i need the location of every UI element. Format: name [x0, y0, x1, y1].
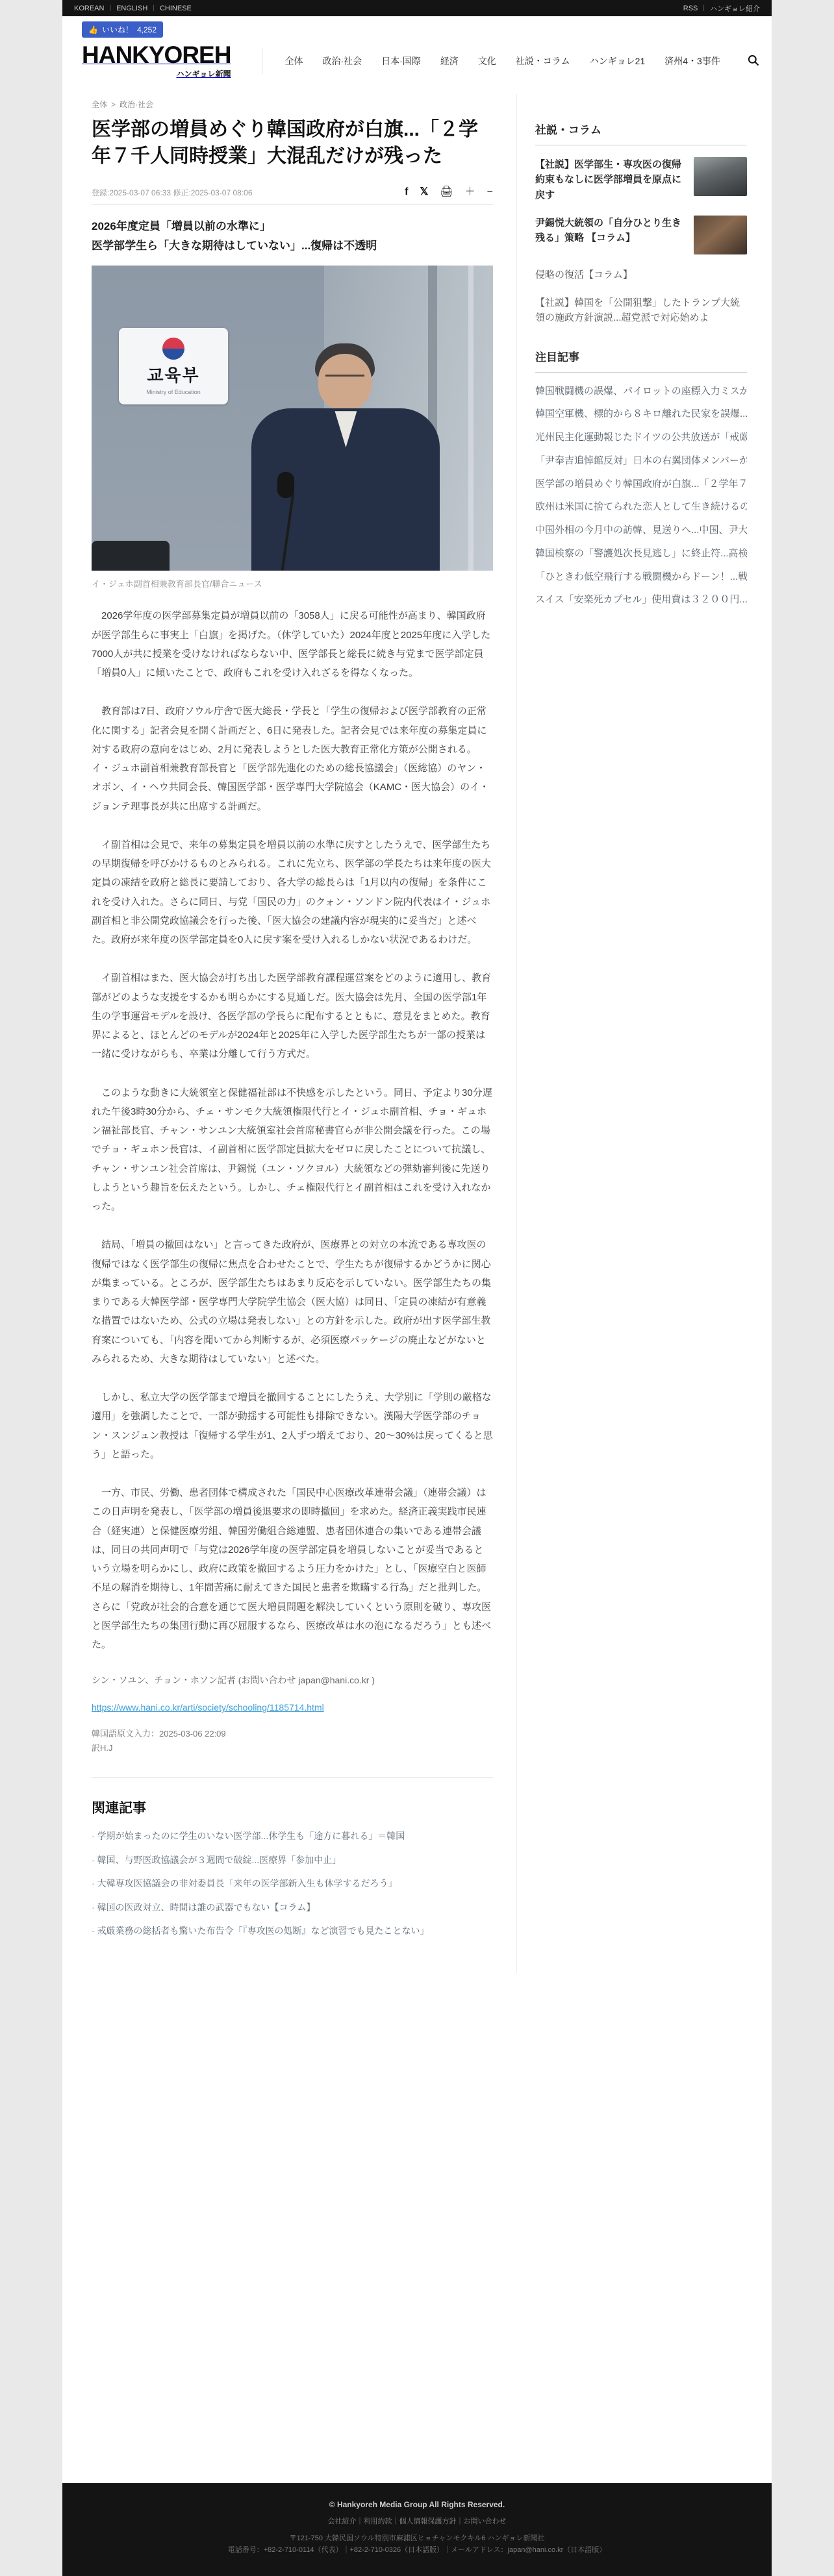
speaker-figure: [245, 343, 440, 571]
ministry-sign: 교육부 Ministry of Education: [119, 328, 228, 404]
font-larger-button[interactable]: ＋: [465, 187, 475, 197]
breadcrumb-all[interactable]: 全体: [92, 100, 107, 109]
editorial-item-thumbnail: [694, 216, 747, 254]
breadcrumb-separator: >: [111, 100, 116, 109]
sidebar-editorial-block: 社説・コラム 【社説】医学部生・専攻医の復帰約束もなしに医学部増員を原点に戻す …: [535, 121, 747, 326]
nav-item-jeju43[interactable]: 済州4・3事件: [664, 55, 720, 68]
site-logo[interactable]: HANKYOREH ハンギョレ新聞: [82, 43, 231, 79]
featured-article-link[interactable]: 「尹奉吉追悼館反対」日本の右翼団体メンバーが...: [535, 454, 747, 468]
about-hankyoreh-link[interactable]: ハンギョレ紹介: [710, 3, 760, 14]
article-title: 医学部の増員めぐり韓国政府が白旗...「２学年７千人同時授業」大混乱だけが残った: [92, 116, 493, 170]
font-smaller-button[interactable]: −: [487, 187, 493, 197]
main-nav: 全体 政治·社会 日本·国際 経済 文化 社説・コラム ハンギョレ21 済州4・…: [262, 47, 720, 75]
article-dates: 登録:2025-03-07 06:33 修正:2025-03-07 08:06: [92, 187, 253, 198]
like-count: 4,252: [137, 25, 157, 34]
divider: [92, 204, 493, 205]
nav-item-economy[interactable]: 経済: [440, 55, 459, 68]
modified-date: 修正:2025-03-07 08:06: [173, 188, 252, 197]
featured-article-link[interactable]: 中国外相の今月中の訪韓、見送りへ...中国、尹大...: [535, 523, 747, 538]
related-article-link[interactable]: 韓国の医政対立、時間は誰の武器でもない【コラム】: [92, 1900, 493, 1914]
thumbs-up-icon: 👍: [88, 25, 98, 34]
registered-date: 登録:2025-03-07 06:33: [92, 188, 171, 197]
featured-article-link[interactable]: 医学部の増員めぐり韓国政府が白旗...「２学年７...: [535, 477, 747, 491]
article-photo: 교육부 Ministry of Education: [92, 266, 493, 571]
paragraph: 結局、「増員の撤回はない」と言ってきた政府が、医療界との対立の本流である専攻医の…: [92, 1235, 493, 1368]
search-icon: [747, 54, 760, 67]
nav-item-japan-international[interactable]: 日本·国際: [381, 55, 421, 68]
subtitle-line1: 2026年度定員「増員以前の水準に」: [92, 217, 493, 236]
translator-credit: 訳H.J: [92, 1741, 493, 1755]
footer-contact: 電話番号：+82-2-710-0114（代表）｜+82-2-710-0326（日…: [75, 2544, 759, 2557]
plus-icon: ＋: [465, 186, 475, 197]
featured-article-link[interactable]: 韓国検察の「警護処次長見逃し」に終止符...高検...: [535, 547, 747, 561]
ministry-sign-english: Ministry of Education: [146, 389, 201, 395]
related-article-link[interactable]: 大韓専攻医協議会の非対委員長「来年の医学部新入生も休学するだろう」: [92, 1876, 493, 1890]
article-body: 2026学年度の医学部募集定員が増員以前の「3058人」に戻る可能性が高まり、韓…: [92, 606, 493, 1654]
page-canvas: KOREAN| ENGLISH| CHINESE RSS| ハンギョレ紹介 👍 …: [0, 0, 834, 2576]
paragraph: 教育部は7日、政府ソウル庁舎で医大総長・学長と「学生の復帰および医学部教育の正常…: [92, 702, 493, 816]
editorial-item-thumbnail: [694, 157, 747, 196]
photo-window-frame: [468, 266, 474, 571]
korea-government-emblem-icon: [162, 338, 184, 360]
print-button[interactable]: 🖨: [440, 187, 453, 197]
paragraph: イ副首相は会見で、来年の募集定員を増員以前の水準に戻すとしたうえで、医学部生たち…: [92, 836, 493, 950]
sidebar: 社説・コラム 【社説】医学部生・専攻医の復帰約束もなしに医学部増員を原点に戻す …: [516, 93, 747, 1973]
sidebar-featured-block: 注目記事 韓国戦闘機の誤爆、パイロットの座標入力ミスが... 韓国空軍機、標的か…: [535, 348, 747, 608]
featured-block-header: 注目記事: [535, 348, 747, 373]
editorial-item[interactable]: 【社説】韓国を「公開狙撃」したトランプ大統領の施政方針演説...超党派で対応始め…: [535, 295, 747, 326]
editorial-block-header: 社説・コラム: [535, 121, 747, 145]
divider: |: [153, 5, 155, 12]
editorial-item[interactable]: 侵略の復活【コラム】: [535, 267, 747, 282]
breadcrumb: 全体>政治·社会: [92, 99, 493, 110]
footer-copyright: © Hankyoreh Media Group All Rights Reser…: [75, 2500, 759, 2509]
ministry-sign-korean: 교육부: [147, 362, 199, 386]
nav-item-editorial-column[interactable]: 社説・コラム: [516, 55, 570, 68]
source-url-link[interactable]: https://www.hani.co.kr/arti/society/scho…: [92, 1702, 493, 1713]
paragraph: 一方、市民、労働、患者団体で構成された「国民中心医療改革連帯会議」（連帯会議）は…: [92, 1483, 493, 1654]
nav-item-hankyoreh21[interactable]: ハンギョレ21: [590, 55, 646, 68]
like-label: いいね！: [102, 24, 133, 35]
minus-icon: −: [487, 186, 493, 197]
nav-item-all[interactable]: 全体: [284, 55, 303, 68]
editorial-item[interactable]: 【社説】医学部生・専攻医の復帰約束もなしに医学部増員を原点に戻す: [535, 157, 747, 203]
logo-text-jp: ハンギョレ新聞: [82, 68, 231, 79]
related-article-link[interactable]: 韓国、与野医政協議会が３週間で破綻...医療界「参加中止」: [92, 1853, 493, 1867]
page-container: KOREAN| ENGLISH| CHINESE RSS| ハンギョレ紹介 👍 …: [62, 0, 772, 2576]
related-articles-header: 関連記事: [92, 1798, 493, 1817]
breadcrumb-section[interactable]: 政治·社会: [120, 100, 153, 109]
editorial-item-title: 尹錫悦大統領の「自分ひとり生き残る」策略 【コラム】: [535, 216, 685, 254]
x-twitter-icon: 𝕏: [420, 186, 428, 197]
editorial-item[interactable]: 尹錫悦大統領の「自分ひとり生き残る」策略 【コラム】: [535, 216, 747, 254]
paragraph: 2026学年度の医学部募集定員が増員以前の「3058人」に戻る可能性が高まり、韓…: [92, 606, 493, 682]
editorial-item-title: 【社説】医学部生・専攻医の復帰約束もなしに医学部増員を原点に戻す: [535, 157, 685, 203]
featured-article-link[interactable]: 欧州は米国に捨てられた恋人として生き続けるの...: [535, 500, 747, 514]
divider: |: [703, 5, 705, 12]
foreground-microphone: [92, 541, 170, 571]
footer-links[interactable]: 会社紹介｜利用約款｜個人情報保護方針｜お問い合わせ: [75, 2516, 759, 2526]
featured-article-link[interactable]: スイス「安楽死カプセル」使用費は３２００円...: [535, 593, 747, 607]
related-article-link[interactable]: 学期が始まったのに学生のいない医学部...休学生も「途方に暮れる」＝韓国: [92, 1829, 493, 1843]
divider: |: [109, 5, 111, 12]
paragraph: このような動きに大統領室と保健福祉部は不快感を示したという。同日、予定より30分…: [92, 1084, 493, 1217]
article-byline: シン・ソユン、チョン・ホソン記者 (お問い合わせ japan@hani.co.k…: [92, 1674, 493, 1687]
rss-link[interactable]: RSS: [683, 5, 698, 12]
article-subtitles: 2026年度定員「増員以前の水準に」 医学部学生ら「大きな期待はしていない」..…: [92, 217, 493, 256]
site-footer: © Hankyoreh Media Group All Rights Reser…: [62, 2483, 772, 2576]
featured-article-link[interactable]: 光州民主化運動報じたドイツの公共放送が「戒厳...: [535, 430, 747, 445]
share-x-button[interactable]: 𝕏: [420, 187, 428, 197]
facebook-icon: f: [405, 186, 408, 197]
nav-item-culture[interactable]: 文化: [478, 55, 496, 68]
featured-article-link[interactable]: 韓国空軍機、標的から８キロ離れた民家を誤爆......: [535, 407, 747, 421]
subtitle-line2: 医学部学生ら「大きな期待はしていない」...復帰は不透明: [92, 236, 493, 256]
original-input-time: 韓国語原文入力：2025-03-06 22:09: [92, 1727, 493, 1741]
featured-article-link[interactable]: 「ひときわ低空飛行する戦闘機からドーン！...戦...: [535, 570, 747, 584]
paragraph: イ副首相はまた、医大協会が打ち出した医学部教育課程運営案をどのように適用し、教育…: [92, 969, 493, 1063]
editorial-item-title: 侵略の復活【コラム】: [535, 267, 747, 282]
lang-korean-link[interactable]: KOREAN: [74, 5, 104, 12]
article-main: 全体>政治·社会 医学部の増員めぐり韓国政府が白旗...「２学年７千人同時授業」…: [92, 93, 493, 1973]
paragraph: しかし、私立大学の医学部まで増員を撤回することにしたうえ、大学別に「学則の厳格な…: [92, 1388, 493, 1464]
editorial-item-title: 【社説】韓国を「公開狙撃」したトランプ大統領の施政方針演説...超党派で対応始め…: [535, 295, 747, 326]
top-language-bar: KOREAN| ENGLISH| CHINESE RSS| ハンギョレ紹介: [62, 0, 772, 16]
microphone-icon: [277, 472, 294, 498]
site-header: 👍 いいね！ 4,252 HANKYOREH ハンギョレ新聞 全体 政治·社会 …: [62, 16, 772, 87]
facebook-like-button[interactable]: 👍 いいね！ 4,252: [82, 21, 163, 38]
share-facebook-button[interactable]: f: [405, 187, 408, 197]
printer-icon: 🖨: [440, 186, 453, 197]
related-article-link[interactable]: 戒厳業務の総括者も驚いた布告令「『専攻医の処断』など演習でも見たことない」: [92, 1924, 493, 1938]
logo-text-en: HANKYOREH: [82, 42, 231, 68]
speaker-glasses: [325, 375, 364, 384]
lang-english-link[interactable]: ENGLISH: [116, 5, 147, 12]
featured-article-link[interactable]: 韓国戦闘機の誤爆、パイロットの座標入力ミスが...: [535, 384, 747, 399]
photo-caption: イ・ジュホ副首相兼教育部長官/聯合ニュース: [92, 577, 493, 589]
related-articles: 関連記事 学期が始まったのに学生のいない医学部...休学生も「途方に暮れる」＝韓…: [92, 1778, 493, 1973]
share-toolbar: f 𝕏 🖨 ＋ −: [405, 187, 493, 197]
nav-item-politics-society[interactable]: 政治·社会: [322, 55, 362, 68]
content-area: 全体>政治·社会 医学部の増員めぐり韓国政府が白旗...「２学年７千人同時授業」…: [62, 87, 772, 1973]
footer-address: 〒121-750 大韓民国ソウル特別市麻浦区ヒョチャンモクキル6 ハンギョレ新聞…: [75, 2533, 759, 2545]
lang-chinese-link[interactable]: CHINESE: [160, 5, 192, 12]
search-button[interactable]: [747, 54, 760, 69]
